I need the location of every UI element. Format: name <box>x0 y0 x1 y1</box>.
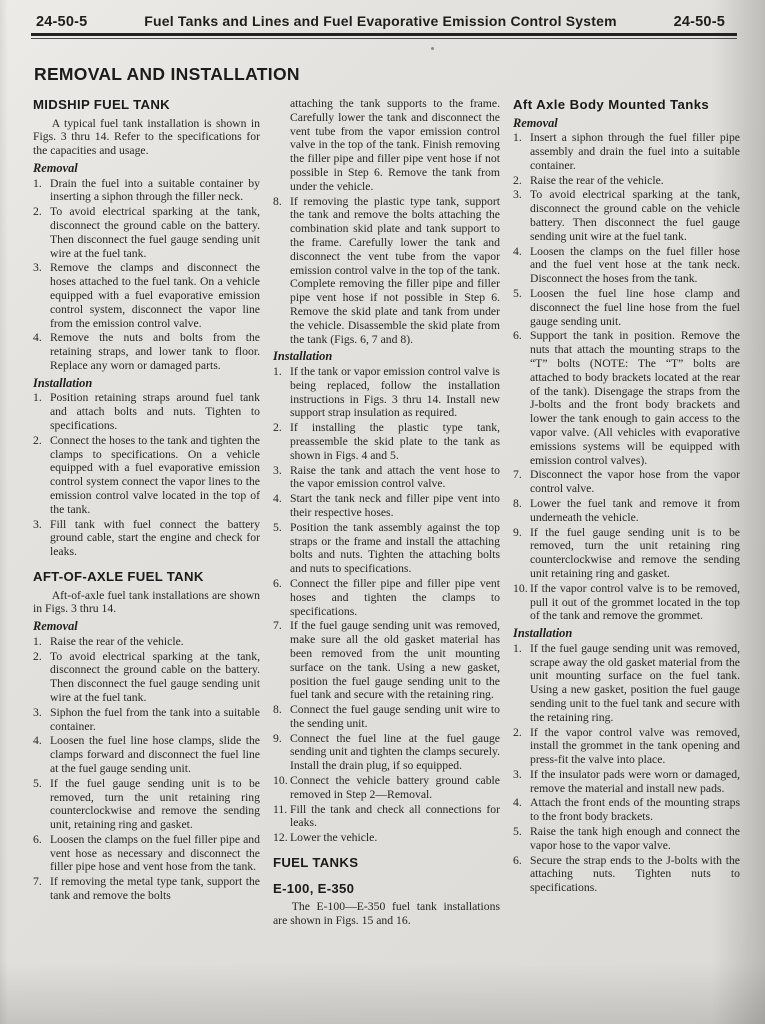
list-item: 2.To avoid electrical sparking at the ta… <box>33 205 260 260</box>
list-item: 8.If removing the plastic type tank, sup… <box>273 195 500 347</box>
list-item: 4.Loosen the fuel line hose clamps, slid… <box>33 734 260 775</box>
list-item-number: 3. <box>33 261 50 330</box>
paragraph: Aft-of-axle fuel tank installations are … <box>33 589 260 617</box>
list-item: 1.If the fuel gauge sending unit was rem… <box>513 642 740 725</box>
list-item: 8.Connect the fuel gauge sending unit wi… <box>273 703 500 731</box>
list-item: 2.To avoid electrical sparking at the ta… <box>33 650 260 705</box>
list-item-text: Lower the fuel tank and remove it from u… <box>530 497 740 525</box>
list-item-text: Connect the fuel gauge sending unit wire… <box>290 703 500 731</box>
list-item: 3.To avoid electrical sparking at the ta… <box>513 188 740 243</box>
section-heading: FUEL TANKS <box>273 855 500 871</box>
list-item-text: If the vapor control valve is to be remo… <box>530 582 740 623</box>
list-item: 2.If the vapor control valve was removed… <box>513 726 740 767</box>
list-item-text: Position the tank assembly against the t… <box>290 521 500 576</box>
list-item: 5.Raise the tank high enough and connect… <box>513 825 740 853</box>
list-item-text: If the fuel gauge sending unit was remov… <box>530 642 740 725</box>
list-item: 8.Lower the fuel tank and remove it from… <box>513 497 740 525</box>
list-item-text: Connect the fuel line at the fuel gauge … <box>290 732 500 773</box>
list-item-text: If the tank or vapor emission control va… <box>290 365 500 420</box>
subsection-heading: Removal <box>33 161 260 176</box>
list-item: 4.Start the tank neck and filler pipe ve… <box>273 492 500 520</box>
subsection-heading: Removal <box>33 619 260 634</box>
page-code-right: 24-50-5 <box>674 14 725 30</box>
list-item: 3.Fill tank with fuel connect the batter… <box>33 518 260 559</box>
list-item: 1.Position retaining straps around fuel … <box>33 391 260 432</box>
list-item-text: Remove the clamps and disconnect the hos… <box>50 261 260 330</box>
list-item-number: 1. <box>513 131 530 172</box>
scan-speck <box>431 47 434 50</box>
list-item-text: If the fuel gauge sending unit is to be … <box>530 526 740 581</box>
subsection-heading: Installation <box>273 349 500 364</box>
list-item-text: Connect the vehicle battery ground cable… <box>290 774 500 802</box>
list-item-number: 2. <box>33 434 50 517</box>
list-item: 3.If the insulator pads were worn or dam… <box>513 768 740 796</box>
column-1: MIDSHIP FUEL TANKA typical fuel tank ins… <box>33 97 260 929</box>
list-item-number: 3. <box>513 188 530 243</box>
list-item-number: 1. <box>33 177 50 205</box>
list-item: 7.If the fuel gauge sending unit was rem… <box>273 619 500 702</box>
subsection-heading: Installation <box>33 376 260 391</box>
list-item-text: If the fuel gauge sending unit was remov… <box>290 619 500 702</box>
list-item-number: 4. <box>513 796 530 824</box>
list-item-number: 3. <box>33 518 50 559</box>
list-item-number: 8. <box>273 195 290 347</box>
list-item-number: 4. <box>513 245 530 286</box>
list-item-text: To avoid electrical sparking at the tank… <box>530 188 740 243</box>
list-item-text: Secure the strap ends to the J-bolts wit… <box>530 854 740 895</box>
list-item-number: 7. <box>273 619 290 702</box>
section-heading: AFT-OF-AXLE FUEL TANK <box>33 569 260 585</box>
list-item: 5.Position the tank assembly against the… <box>273 521 500 576</box>
list-item-text: Connect the filler pipe and filler pipe … <box>290 577 500 618</box>
list-item-number: 5. <box>513 825 530 853</box>
content-columns: MIDSHIP FUEL TANKA typical fuel tank ins… <box>0 97 765 929</box>
list-item-text: Insert a siphon through the fuel filler … <box>530 131 740 172</box>
list-item: 12.Lower the vehicle. <box>273 831 500 845</box>
paragraph-continuation: attaching the tank supports to the frame… <box>290 97 500 194</box>
list-item-text: To avoid electrical sparking at the tank… <box>50 205 260 260</box>
list-item-number: 7. <box>513 468 530 496</box>
list-item-text: Loosen the clamps on the fuel filler pip… <box>50 833 260 874</box>
list-item-text: Fill tank with fuel connect the battery … <box>50 518 260 559</box>
list-item-number: 8. <box>273 703 290 731</box>
list-item-number: 6. <box>273 577 290 618</box>
list-item: 7.Disconnect the vapor hose from the vap… <box>513 468 740 496</box>
list-item-text: If the insulator pads were worn or damag… <box>530 768 740 796</box>
list-item: 2.If installing the plastic type tank, p… <box>273 421 500 462</box>
list-item-number: 1. <box>33 635 50 649</box>
list-item-number: 2. <box>513 726 530 767</box>
manual-page: 24-50-5 Fuel Tanks and Lines and Fuel Ev… <box>0 0 765 1024</box>
list-item: 6.Loosen the clamps on the fuel filler p… <box>33 833 260 874</box>
section-heading: MIDSHIP FUEL TANK <box>33 97 260 113</box>
list-item-number: 10. <box>273 774 290 802</box>
list-item-number: 12. <box>273 831 290 845</box>
list-item: 4.Loosen the clamps on the fuel filler h… <box>513 245 740 286</box>
list-item: 5.Loosen the fuel line hose clamp and di… <box>513 287 740 328</box>
list-item-text: Support the tank in position. Remove the… <box>530 329 740 467</box>
list-item: 6.Connect the filler pipe and filler pip… <box>273 577 500 618</box>
header-rule <box>31 33 737 39</box>
list-item: 6.Support the tank in position. Remove t… <box>513 329 740 467</box>
list-item: 1.Drain the fuel into a suitable contain… <box>33 177 260 205</box>
list-item-number: 7. <box>33 875 50 903</box>
list-item: 10.If the vapor control valve is to be r… <box>513 582 740 623</box>
section-heading: E-100, E-350 <box>273 881 500 897</box>
list-item-number: 3. <box>513 768 530 796</box>
list-item: 3.Siphon the fuel from the tank into a s… <box>33 706 260 734</box>
list-item-text: Fill the tank and check all connections … <box>290 803 500 831</box>
list-item-text: Loosen the clamps on the fuel filler hos… <box>530 245 740 286</box>
list-item-number: 3. <box>273 464 290 492</box>
page-header: 24-50-5 Fuel Tanks and Lines and Fuel Ev… <box>0 0 765 30</box>
list-item-text: Loosen the fuel line hose clamp and disc… <box>530 287 740 328</box>
list-item: 5.If the fuel gauge sending unit is to b… <box>33 777 260 832</box>
column-2: attaching the tank supports to the frame… <box>273 97 500 929</box>
list-item-text: If installing the plastic type tank, pre… <box>290 421 500 462</box>
list-item-text: Raise the rear of the vehicle. <box>50 635 260 649</box>
list-item: 10.Connect the vehicle battery ground ca… <box>273 774 500 802</box>
list-item-text: Lower the vehicle. <box>290 831 500 845</box>
list-item-text: Position retaining straps around fuel ta… <box>50 391 260 432</box>
list-item-number: 2. <box>273 421 290 462</box>
list-item: 4.Attach the front ends of the mounting … <box>513 796 740 824</box>
list-item-number: 9. <box>273 732 290 773</box>
list-item-number: 6. <box>513 329 530 467</box>
column-3: Aft Axle Body Mounted TanksRemoval1.Inse… <box>513 97 740 929</box>
list-item-text: Remove the nuts and bolts from the retai… <box>50 331 260 372</box>
paragraph: A typical fuel tank installation is show… <box>33 117 260 158</box>
section-heading: Aft Axle Body Mounted Tanks <box>513 97 740 113</box>
page-title: REMOVAL AND INSTALLATION <box>34 64 765 85</box>
list-item-number: 3. <box>33 706 50 734</box>
list-item-text: Attach the front ends of the mounting st… <box>530 796 740 824</box>
list-item-number: 2. <box>513 174 530 188</box>
list-item: 6.Secure the strap ends to the J-bolts w… <box>513 854 740 895</box>
list-item-number: 5. <box>33 777 50 832</box>
list-item-text: Disconnect the vapor hose from the vapor… <box>530 468 740 496</box>
list-item-number: 2. <box>33 205 50 260</box>
list-item: 7.If removing the metal type tank, suppo… <box>33 875 260 903</box>
list-item-number: 6. <box>513 854 530 895</box>
list-item-number: 5. <box>513 287 530 328</box>
subsection-heading: Removal <box>513 116 740 131</box>
list-item-number: 11. <box>273 803 290 831</box>
header-title: Fuel Tanks and Lines and Fuel Evaporativ… <box>144 13 617 29</box>
list-item: 3.Raise the tank and attach the vent hos… <box>273 464 500 492</box>
list-item-number: 4. <box>33 331 50 372</box>
list-item-text: If the vapor control valve was removed, … <box>530 726 740 767</box>
list-item: 11.Fill the tank and check all connectio… <box>273 803 500 831</box>
list-item: 1.Insert a siphon through the fuel fille… <box>513 131 740 172</box>
list-item: 9.If the fuel gauge sending unit is to b… <box>513 526 740 581</box>
list-item-number: 2. <box>33 650 50 705</box>
page-code-left: 24-50-5 <box>36 14 87 30</box>
list-item-text: Loosen the fuel line hose clamps, slide … <box>50 734 260 775</box>
paragraph: The E-100—E-350 fuel tank installations … <box>273 900 500 928</box>
list-item-text: Raise the tank high enough and connect t… <box>530 825 740 853</box>
list-item-number: 1. <box>273 365 290 420</box>
list-item-number: 4. <box>273 492 290 520</box>
list-item-number: 9. <box>513 526 530 581</box>
list-item-text: If removing the metal type tank, support… <box>50 875 260 903</box>
list-item-number: 4. <box>33 734 50 775</box>
list-item-number: 8. <box>513 497 530 525</box>
list-item-number: 5. <box>273 521 290 576</box>
list-item-number: 1. <box>513 642 530 725</box>
list-item-number: 10. <box>513 582 530 623</box>
list-item-number: 1. <box>33 391 50 432</box>
list-item: 2.Raise the rear of the vehicle. <box>513 174 740 188</box>
list-item: 4.Remove the nuts and bolts from the ret… <box>33 331 260 372</box>
list-item: 2.Connect the hoses to the tank and tigh… <box>33 434 260 517</box>
list-item-text: Connect the hoses to the tank and tighte… <box>50 434 260 517</box>
list-item-text: If removing the plastic type tank, suppo… <box>290 195 500 347</box>
list-item-text: Drain the fuel into a suitable container… <box>50 177 260 205</box>
list-item: 9.Connect the fuel line at the fuel gaug… <box>273 732 500 773</box>
list-item-text: Raise the tank and attach the vent hose … <box>290 464 500 492</box>
list-item-text: Start the tank neck and filler pipe vent… <box>290 492 500 520</box>
subsection-heading: Installation <box>513 626 740 641</box>
list-item-number: 6. <box>33 833 50 874</box>
list-item-text: Siphon the fuel from the tank into a sui… <box>50 706 260 734</box>
list-item: 1.If the tank or vapor emission control … <box>273 365 500 420</box>
list-item: 3.Remove the clamps and disconnect the h… <box>33 261 260 330</box>
list-item-text: To avoid electrical sparking at the tank… <box>50 650 260 705</box>
list-item-text: Raise the rear of the vehicle. <box>530 174 740 188</box>
list-item: 1.Raise the rear of the vehicle. <box>33 635 260 649</box>
list-item-text: If the fuel gauge sending unit is to be … <box>50 777 260 832</box>
